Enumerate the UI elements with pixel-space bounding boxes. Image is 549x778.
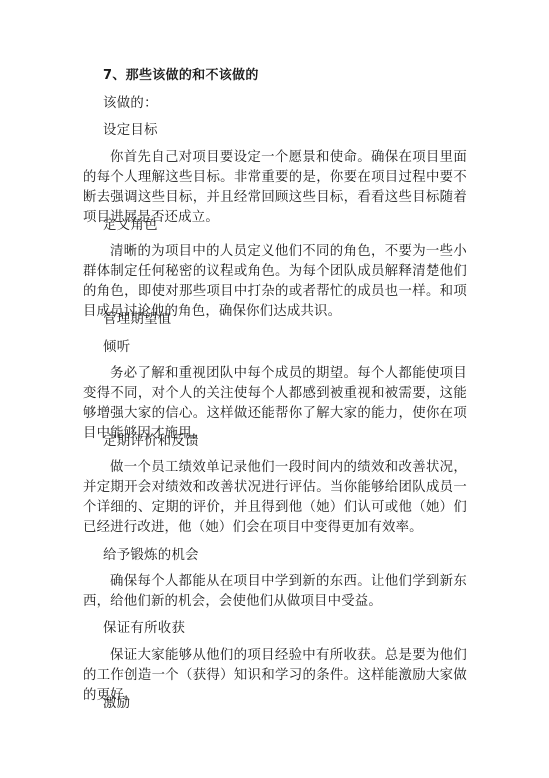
heading-listen: 倾听 [103,338,130,358]
body-training-opportunity: 确保每个人都能从在项目中学到新的东西。让他们学到新东西，给他们新的机会，会使他们… [83,572,467,612]
heading-define-roles: 定义角色 [103,216,158,236]
body-regular-review: 做一个员工绩效单记录他们一段时间内的绩效和改善状况，并定期开会对绩效和改善状况进… [83,458,467,538]
heading-manage-expectations: 管理期望值 [103,310,171,330]
heading-motivate: 激励 [103,694,130,714]
heading-ensure-gains: 保证有所收获 [103,619,185,639]
should-do-label: 该做的： [103,94,158,114]
heading-regular-review: 定期评价和反馈 [103,432,199,452]
section-title: 7、那些该做的和不该做的 [103,66,259,86]
body-ensure-gains: 保证大家能够从他们的项目经验中有所收获。总是要为他们的工作创造一个（获得）知识和… [83,646,467,706]
heading-set-goals: 设定目标 [103,121,158,141]
heading-training-opportunity: 给予锻炼的机会 [103,546,199,566]
